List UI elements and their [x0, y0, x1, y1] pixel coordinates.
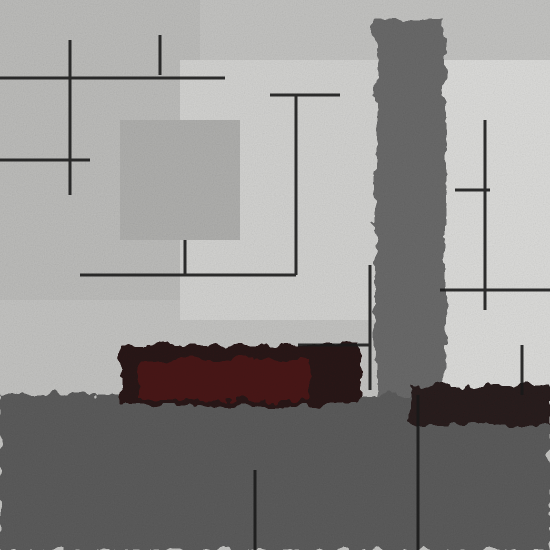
rug-image	[0, 0, 550, 550]
rug-pattern	[0, 0, 550, 550]
